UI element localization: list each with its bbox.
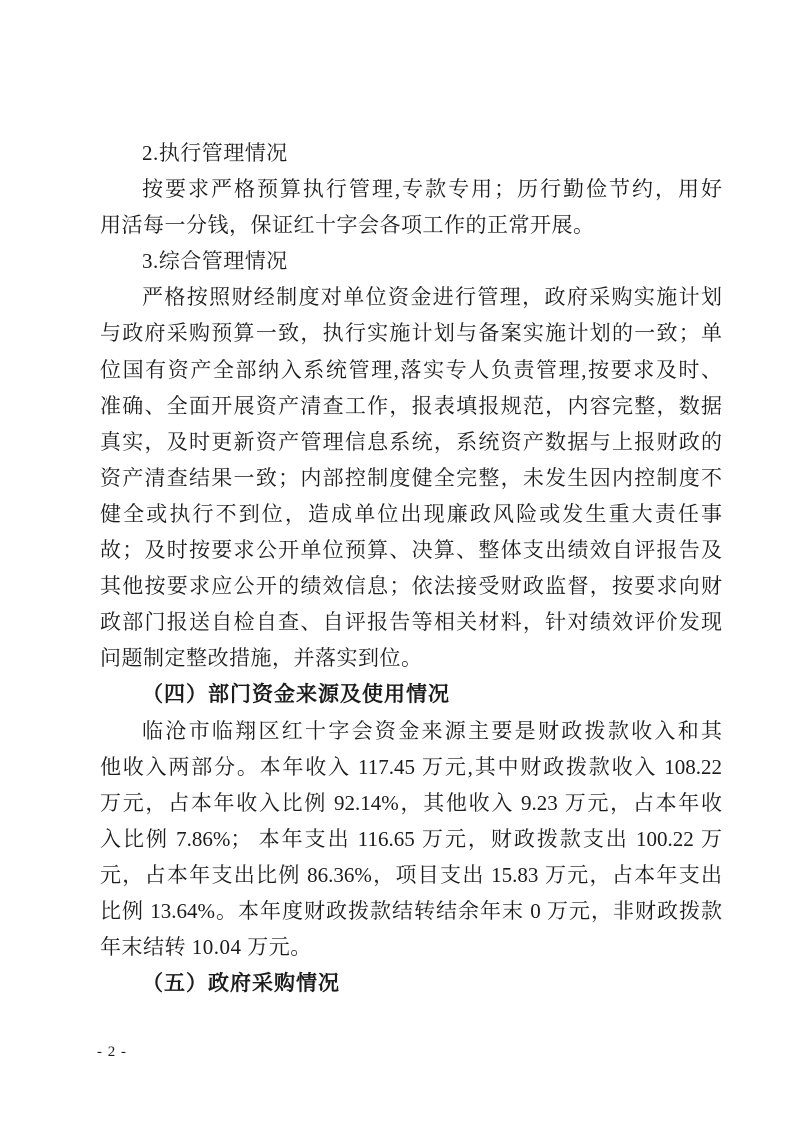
text-line: 入比例 7.86%； 本年支出 116.65 万元，财政拨款支出 100.22 … bbox=[100, 821, 722, 857]
text-line: 按要求严格预算执行管理,专款专用；历行勤俭节约，用好 bbox=[100, 171, 722, 207]
text-line: 严格按照财经制度对单位资金进行管理，政府采购实施计划 bbox=[100, 279, 722, 315]
text-line: 元，占本年支出比例 86.36%，项目支出 15.83 万元，占本年支出 bbox=[100, 857, 722, 893]
subheading-2-execution-management: 2.执行管理情况 bbox=[100, 135, 722, 171]
page-number: - 2 - bbox=[97, 1042, 127, 1062]
text-line: 与政府采购预算一致，执行实施计划与备案实施计划的一致；单 bbox=[100, 315, 722, 351]
text-line: 政部门报送自检自查、自评报告等相关材料，针对绩效评价发现 bbox=[100, 604, 722, 640]
section-heading-5-government-procurement: （五）政府采购情况 bbox=[100, 965, 722, 1001]
subheading-3-comprehensive-management: 3.综合管理情况 bbox=[100, 243, 722, 279]
text-line: 故；及时按要求公开单位预算、决算、整体支出绩效自评报告及 bbox=[100, 532, 722, 568]
text-line: 他收入两部分。本年收入 117.45 万元,其中财政拨款收入 108.22 bbox=[100, 749, 722, 785]
text-line: 准确、全面开展资产清查工作，报表填报规范，内容完整，数据 bbox=[100, 388, 722, 424]
text-line: 健全或执行不到位，造成单位出现廉政风险或发生重大责任事 bbox=[100, 496, 722, 532]
text-line: 问题制定整改措施，并落实到位。 bbox=[100, 640, 722, 676]
document-page: 2.执行管理情况 按要求严格预算执行管理,专款专用；历行勤俭节约，用好 用活每一… bbox=[0, 0, 793, 1122]
text-line: 年末结转 10.04 万元。 bbox=[100, 929, 722, 965]
text-line: 万元，占本年收入比例 92.14%，其他收入 9.23 万元，占本年收 bbox=[100, 785, 722, 821]
text-line: 其他按要求应公开的绩效信息；依法接受财政监督，按要求向财 bbox=[100, 568, 722, 604]
section-heading-4-fund-sources: （四）部门资金来源及使用情况 bbox=[100, 676, 722, 712]
text-line: 真实，及时更新资产管理信息系统，系统资产数据与上报财政的 bbox=[100, 424, 722, 460]
text-line: 临沧市临翔区红十字会资金来源主要是财政拨款收入和其 bbox=[100, 713, 722, 749]
text-line: 资产清查结果一致；内部控制度健全完整，未发生因内控制度不 bbox=[100, 460, 722, 496]
document-body: 2.执行管理情况 按要求严格预算执行管理,专款专用；历行勤俭节约，用好 用活每一… bbox=[100, 135, 722, 1001]
text-line: 位国有资产全部纳入系统管理,落实专人负责管理,按要求及时、 bbox=[100, 352, 722, 388]
text-line: 比例 13.64%。本年度财政拨款结转结余年末 0 万元，非财政拨款 bbox=[100, 893, 722, 929]
text-line: 用活每一分钱，保证红十字会各项工作的正常开展。 bbox=[100, 207, 722, 243]
